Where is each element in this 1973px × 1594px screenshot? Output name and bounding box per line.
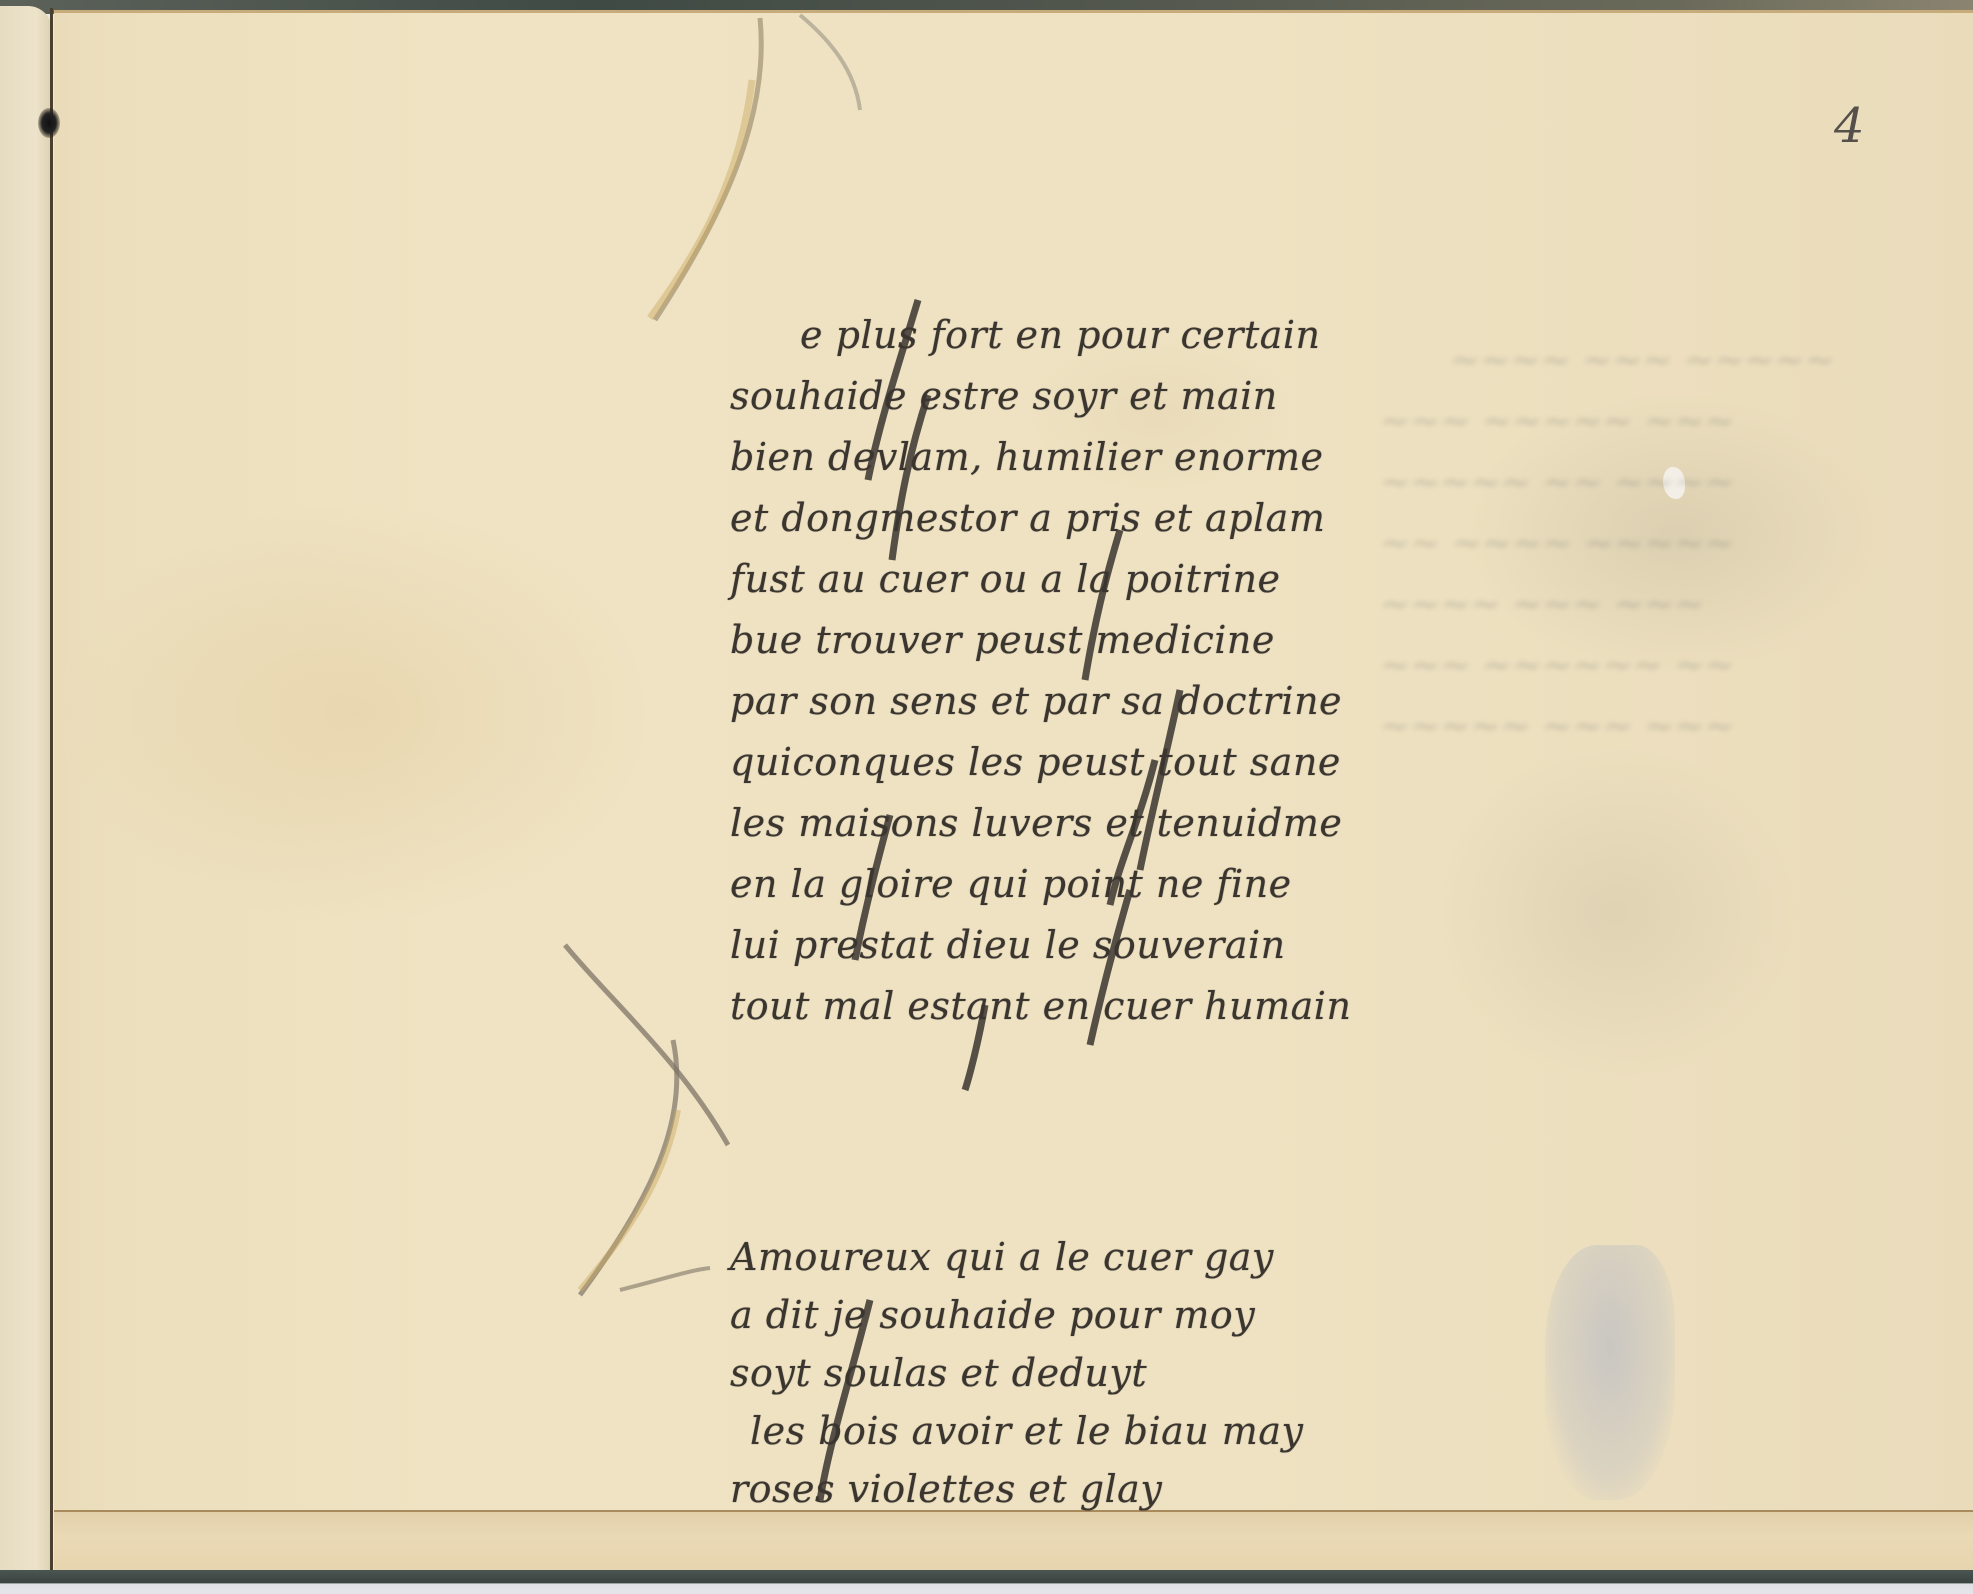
- show-through-line: ~~~~ ~~~ ~~~~~: [1380, 330, 1820, 391]
- verse-line: les maisons luvers et tenuidme: [730, 793, 1351, 854]
- verse-line: soyt soulas et deduyt: [730, 1344, 1303, 1402]
- verse-line: lui prestat dieu le souverain: [730, 915, 1351, 976]
- folio-bottom-edge: [54, 1510, 1973, 1574]
- show-through-line: ~~~ ~~~~~ ~~~: [1380, 391, 1820, 452]
- show-through-line: ~~~~~ ~~ ~~~~: [1380, 452, 1820, 513]
- stanza-1: e plus fort en pour certain souhaide est…: [730, 305, 1351, 1037]
- verse-line: bien devlam, humilier enorme: [730, 427, 1351, 488]
- verse-line: en la gloire qui point ne fine: [730, 854, 1351, 915]
- verse-line: souhaide estre soyr et main: [730, 366, 1351, 427]
- show-through-line: ~~ ~~~~ ~~~~~: [1380, 513, 1820, 574]
- verse-line: les bois avoir et le biau may: [730, 1402, 1303, 1460]
- flyleaf: [0, 6, 52, 1574]
- verse-line: e plus fort en pour certain: [730, 305, 1351, 366]
- stanza-2: Amoureux qui a le cuer gay a dit je souh…: [730, 1228, 1303, 1518]
- verse-line: tout mal estant en cuer humain: [730, 976, 1351, 1037]
- show-through-line: ~~~ ~~~~~~ ~~: [1380, 635, 1820, 696]
- verse-line: quiconques les peust tout sane: [730, 732, 1351, 793]
- water-stain: [1545, 1245, 1675, 1500]
- verse-line: par son sens et par sa doctrine: [730, 671, 1351, 732]
- verse-line: a dit je souhaide pour moy: [730, 1286, 1303, 1344]
- sewing-hole: [38, 108, 60, 138]
- verse-line: bue trouver peust medicine: [730, 610, 1351, 671]
- verse-line: roses violettes et glay: [730, 1460, 1303, 1518]
- verse-line: et dongmestor a pris et aplam: [730, 488, 1351, 549]
- binding-bottom-edge: [0, 1570, 1973, 1594]
- verse-line: fust au cuer ou a la poitrine: [730, 549, 1351, 610]
- show-through-line: ~~~~~ ~~~ ~~~: [1380, 696, 1820, 757]
- gutter-line: [50, 8, 53, 1574]
- verse-line: Amoureux qui a le cuer gay: [730, 1228, 1303, 1286]
- folio-number: 4: [1834, 98, 1865, 154]
- show-through-line: ~~~~ ~~~ ~~~: [1380, 574, 1820, 635]
- verso-show-through: ~~~~ ~~~ ~~~~~ ~~~ ~~~~~ ~~~ ~~~~~ ~~ ~~…: [1380, 330, 1820, 830]
